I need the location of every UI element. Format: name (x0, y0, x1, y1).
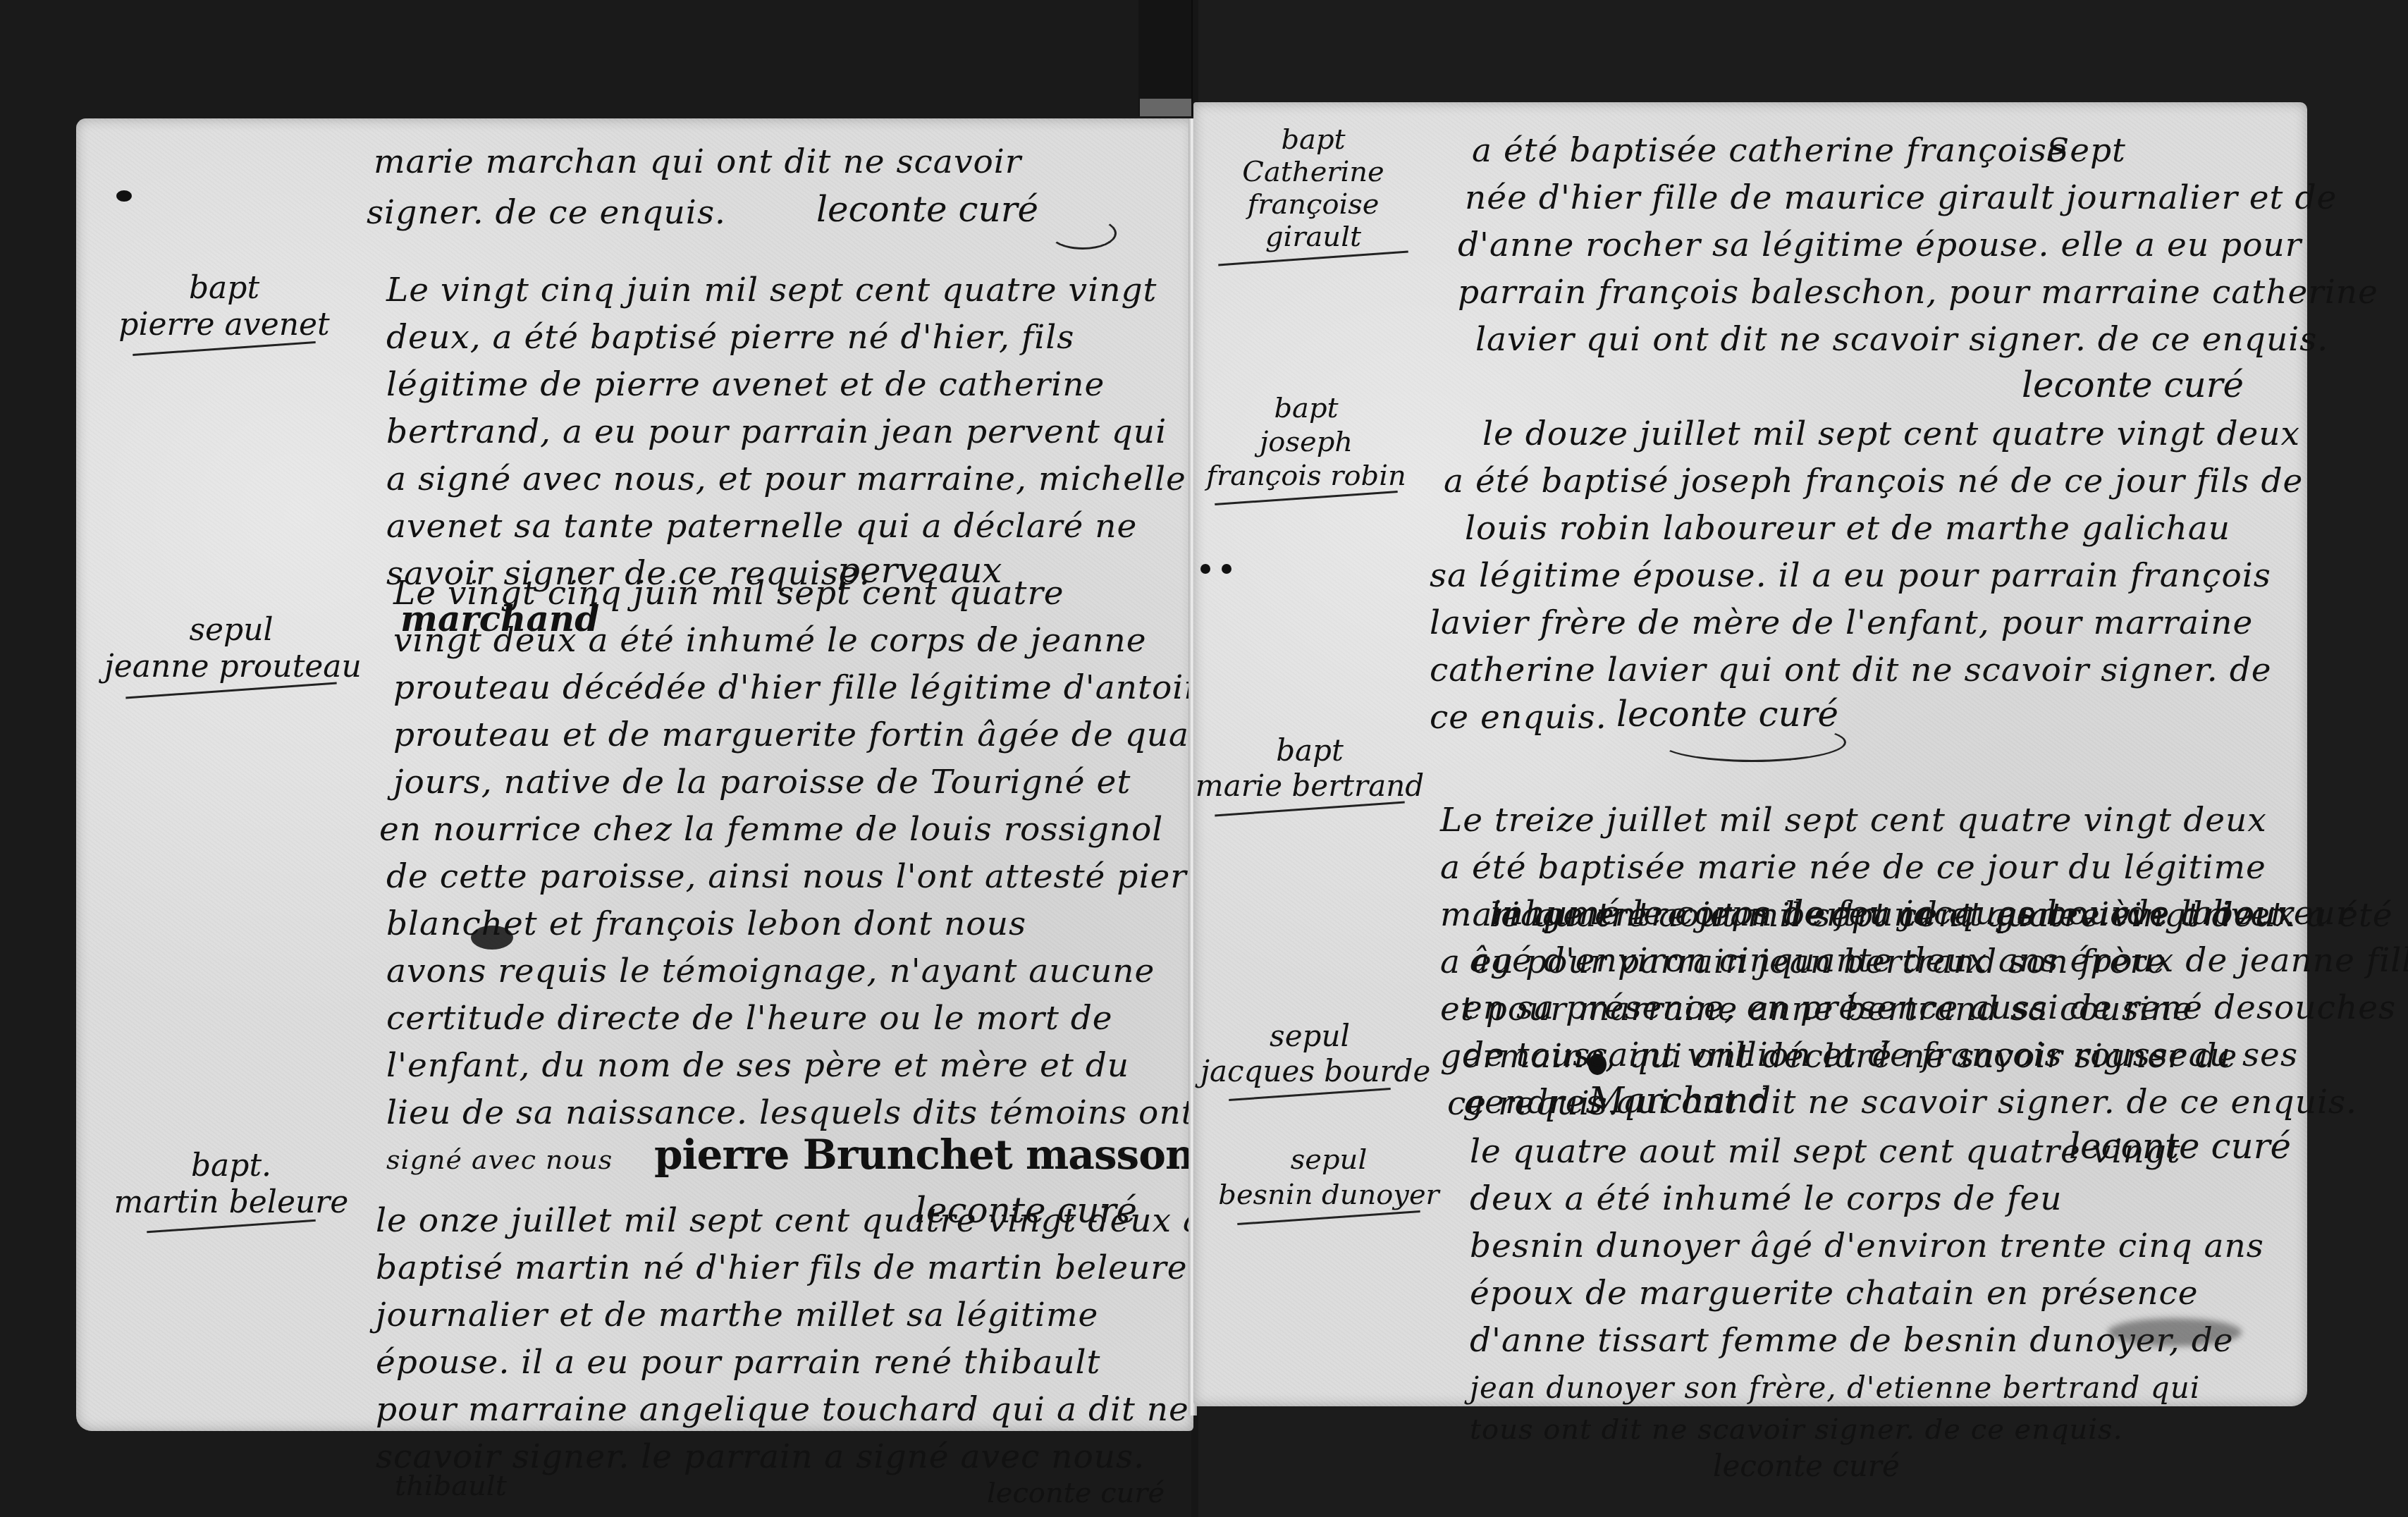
entry-line: journalier et de marthe millet sa légiti… (376, 1291, 1098, 1339)
entry-line: de toussaint vrillion et de françois rou… (1463, 1031, 2298, 1079)
signature: leconte curé (987, 1477, 1165, 1509)
entry-line: a été baptisée catherine françoise (1472, 127, 2068, 174)
entry-line: lavier qui ont dit ne scavoir signer. de… (1475, 316, 2328, 363)
entry-line: époux de marguerite chatain en présence (1470, 1270, 2199, 1317)
margin-underline (133, 341, 316, 356)
margin-kind: bapt. (191, 1148, 271, 1184)
entry-line: l'enfant, du nom de ses père et mère et … (386, 1042, 1129, 1089)
signature-flourish-icon (1659, 723, 1846, 762)
margin-kind: sepul (1270, 1019, 1350, 1053)
entry-line: lavier frère de mère de l'enfant, pour m… (1430, 599, 2253, 646)
margin-underline (1229, 1088, 1391, 1101)
margin-note-sepul-besnin-dunoyer: sepul besnin dunoyer (1209, 1142, 1449, 1219)
annotation: Sept (2046, 127, 2126, 174)
entry-line: en nourrice chez la femme de louis rossi… (379, 806, 1163, 853)
entry-line: légitime de pierre avenet et de catherin… (386, 361, 1105, 408)
entry-line: signé avec nous (386, 1136, 613, 1184)
entry-line: gendres qui ont dit ne scavoir signer. d… (1463, 1079, 2357, 1126)
entry-line: louis robin laboureur et de marthe galic… (1465, 505, 2230, 552)
entry-line: a signé avec nous, et pour marraine, mic… (386, 455, 1186, 503)
entry-line: avenet sa tante paternelle qui a déclaré… (386, 503, 1137, 550)
ink-blot (471, 926, 513, 950)
entry-line: avons requis le témoignage, n'ayant aucu… (386, 947, 1155, 995)
entry-line: ce enquis. (1430, 694, 1607, 741)
entry-line: tous ont dit ne scavoir signer. de ce en… (1470, 1406, 2123, 1454)
margin-name: jacques bourde (1200, 1054, 1430, 1088)
entry-line: pour marraine angelique touchard qui a d… (376, 1386, 1189, 1433)
entry-line: Le vingt cinq juin mil sept cent quatre … (386, 266, 1157, 314)
entry-line: deux, a été baptisé pierre né d'hier, fi… (386, 314, 1075, 361)
binding-tab (1140, 99, 1191, 116)
margin-name: pierre avenet (118, 307, 330, 343)
entry-line: vingt deux a été inhumé le corps de jean… (393, 617, 1147, 664)
entry-line: besnin dunoyer âgé d'environ trente cinq… (1470, 1222, 2264, 1270)
left-page: marie marchan qui ont dit ne scavoir sig… (76, 118, 1193, 1431)
entry-line: âgé d'environ cinquante deux ans époux d… (1470, 937, 2408, 984)
margin-underline (1215, 491, 1398, 505)
margin-name: joseph françois robin (1204, 425, 1408, 493)
margin-note-bapt-marie-bertrand: bapt marie bertrand (1193, 733, 1426, 810)
margin-name: besnin dunoyer (1218, 1179, 1439, 1211)
margin-name: Catherine françoise girault (1204, 156, 1423, 253)
continuation-line: signer. de ce enquis. (367, 189, 726, 236)
entry-line: née d'hier fille de maurice girault jour… (1465, 174, 2337, 221)
margin-name: martin beleure (114, 1184, 349, 1220)
entry-line: le onze juillet mil sept cent quatre vin… (376, 1197, 1269, 1244)
entry-line: prouteau et de marguerite fortin âgée de… (393, 711, 1240, 758)
signature: leconte curé (816, 189, 1038, 230)
entry-line: jean dunoyer son frère, d'etienne bertra… (1470, 1364, 2200, 1411)
entry-line: deux a été inhumé le corps de feu (1470, 1175, 2063, 1222)
margin-kind: bapt (1281, 123, 1345, 156)
signature: pierre Brunchet masson (654, 1131, 1194, 1179)
margin-note-bapt-joseph-francois-robin: bapt joseph françois robin (1197, 391, 1415, 499)
entry-line: baptisé martin né d'hier fils de martin … (376, 1244, 1188, 1291)
margin-name: marie bertrand (1196, 768, 1424, 803)
entry-line: Le treize juillet mil sept cent quatre v… (1440, 797, 2267, 844)
entry-line: lieu de sa naissance. lesquels dits témo… (386, 1089, 1196, 1136)
entry-line: inhumé le corps de feu jacques bourde la… (1491, 890, 2352, 937)
margin-kind: bapt (1274, 392, 1338, 424)
entry-line: catherine lavier qui ont dit ne scavoir … (1430, 646, 2272, 694)
entry-line: prouteau décédée d'hier fille légitime d… (393, 664, 1226, 711)
margin-underline (125, 682, 336, 699)
entry-line: certitude directe de l'heure ou le mort … (386, 995, 1113, 1042)
margin-kind: bapt (189, 270, 259, 306)
margin-kind: sepul (189, 612, 273, 648)
ink-smudge (2108, 1318, 2242, 1346)
margin-kind: sepul (1291, 1143, 1367, 1176)
entry-line: jours, native de la paroisse de Tourigné… (393, 758, 1131, 806)
margin-kind: bapt (1276, 733, 1344, 768)
signature: leconte curé (1713, 1449, 1900, 1483)
entry-line: parrain françois baleschon, pour marrain… (1458, 269, 2378, 316)
entry-line: le quatre aout mil sept cent quatre ving… (1470, 1128, 2181, 1175)
margin-note-sepul-jacques-bourde: sepul jacques bourde (1200, 1019, 1419, 1095)
entry-line: le douze juillet mil sept cent quatre vi… (1482, 410, 2300, 457)
continuation-line: marie marchan qui ont dit ne scavoir (374, 138, 1021, 185)
entry-line: sa légitime épouse. il a eu pour parrain… (1430, 552, 2271, 599)
ink-dot (1200, 564, 1210, 574)
margin-note-bapt-catherine-francoise-girault: bapt Catherine françoise girault (1197, 123, 1430, 259)
entry-line: en sa présence, en présence aussi de ren… (1463, 984, 2396, 1031)
entry-line: de cette paroisse, ainsi nous l'ont atte… (386, 853, 1224, 900)
entry-line: épouse. il a eu pour parrain rené thibau… (376, 1339, 1100, 1386)
entry-line: bertrand, a eu pour parrain jean pervent… (386, 408, 1167, 455)
ink-blot (116, 190, 132, 202)
signature: thibault (395, 1470, 507, 1502)
ink-dot (1222, 564, 1231, 574)
margin-note-bapt-martin-beleure: bapt. martin beleure (104, 1148, 358, 1227)
entry-line: a été baptisée marie née de ce jour du l… (1440, 844, 2266, 891)
margin-note-sepul-jeanne-prouteau: sepul jeanne prouteau (104, 612, 358, 692)
margin-note-bapt-pierre-avenet: bapt pierre avenet (118, 270, 330, 350)
signature: leconte curé (2022, 364, 2244, 405)
entry-line: a été baptisé joseph françois né de ce j… (1444, 457, 2303, 505)
margin-underline (1215, 802, 1405, 817)
entry-line: Le vingt cinq juin mil sept cent quatre (393, 570, 1064, 617)
entry-line: d'anne rocher sa légitime épouse. elle a… (1458, 221, 2302, 269)
margin-name: jeanne prouteau (104, 649, 362, 684)
margin-underline (147, 1220, 316, 1234)
signature-flourish-icon (1049, 217, 1117, 250)
